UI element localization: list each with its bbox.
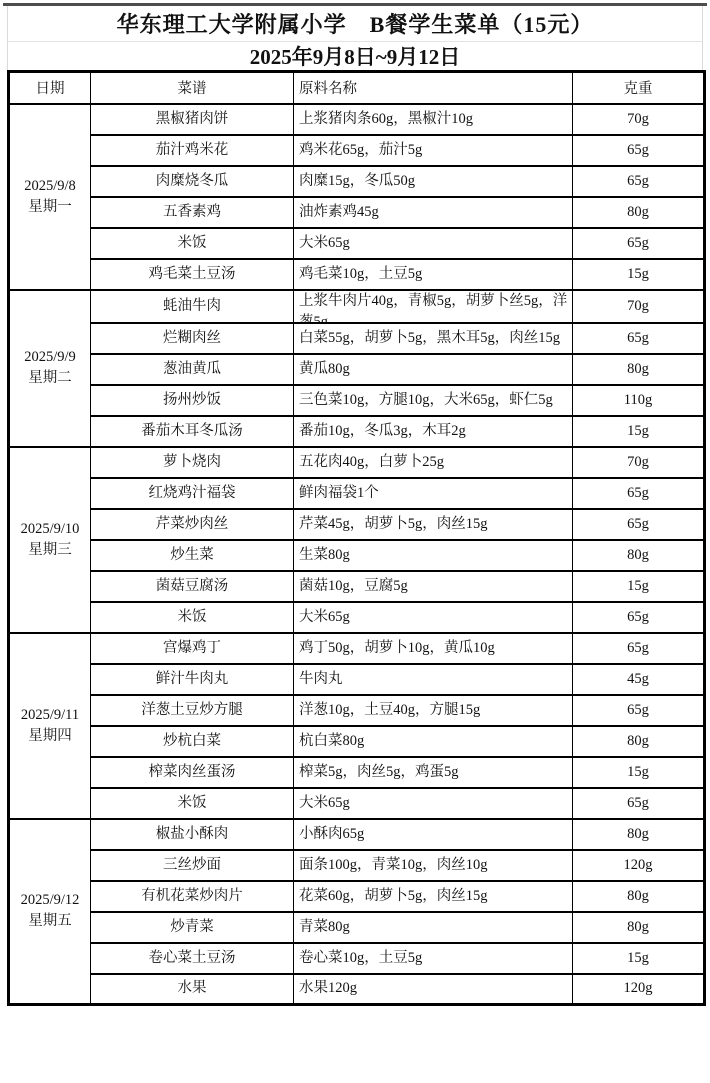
dish-cell-text: 茄汁鸡米花	[91, 140, 293, 161]
dish-cell: 米饭	[91, 788, 294, 819]
weight-cell-text: 80g	[573, 917, 703, 938]
weight-cell: 65g	[573, 633, 705, 664]
menu-row: 茄汁鸡米花鸡米花65g，茄汁5g65g	[9, 135, 705, 166]
menu-row: 五香素鸡油炸素鸡45g80g	[9, 197, 705, 228]
weekday-text: 星期五	[10, 911, 90, 932]
ingredients-cell-text: 大米65g	[299, 607, 570, 628]
ingredients-cell: 青菜80g	[294, 912, 573, 943]
weight-cell: 65g	[573, 323, 705, 354]
date-cell: 2025/9/12星期五	[9, 819, 91, 1005]
weight-cell-text: 65g	[573, 140, 703, 161]
dish-cell: 芹菜炒肉丝	[91, 509, 294, 540]
menu-row: 芹菜炒肉丝芹菜45g，胡萝卜5g，肉丝15g65g	[9, 509, 705, 540]
dish-cell: 水果	[91, 974, 294, 1005]
dish-cell: 扬州炒饭	[91, 385, 294, 416]
weight-cell: 120g	[573, 974, 705, 1005]
weight-cell-text: 120g	[573, 855, 703, 876]
menu-row: 红烧鸡汁福袋鲜肉福袋1个65g	[9, 478, 705, 509]
ingredients-cell: 上浆猪肉条60g，黑椒汁10g	[294, 104, 573, 135]
menu-row: 洋葱土豆炒方腿洋葱10g，土豆40g，方腿15g65g	[9, 695, 705, 726]
page-title: 华东理工大学附属小学 B餐学生菜单（15元）	[8, 6, 702, 42]
weight-cell-text: 65g	[573, 607, 703, 628]
date-cell: 2025/9/10星期三	[9, 447, 91, 633]
menu-row: 炒生菜生菜80g80g	[9, 540, 705, 571]
dish-cell: 蚝油牛肉	[91, 290, 294, 323]
weight-cell-text: 70g	[573, 296, 703, 317]
dish-cell: 鲜汁牛肉丸	[91, 664, 294, 695]
ingredients-cell-text: 芹菜45g，胡萝卜5g，肉丝15g	[299, 514, 570, 535]
weight-cell: 15g	[573, 259, 705, 290]
dish-cell: 米饭	[91, 602, 294, 633]
weight-cell-text: 45g	[573, 669, 703, 690]
weight-cell-text: 80g	[573, 359, 703, 380]
weight-cell-text: 80g	[573, 824, 703, 845]
ingredients-cell-text: 鸡米花65g，茄汁5g	[299, 140, 570, 161]
dish-cell: 萝卜烧肉	[91, 447, 294, 478]
dish-cell: 葱油黄瓜	[91, 354, 294, 385]
dish-cell-text: 烂糊肉丝	[91, 328, 293, 349]
weight-cell-text: 80g	[573, 545, 703, 566]
weight-cell: 15g	[573, 416, 705, 447]
weight-cell-text: 65g	[573, 638, 703, 659]
dish-cell: 椒盐小酥肉	[91, 819, 294, 850]
ingredients-cell-text: 大米65g	[299, 793, 570, 814]
ingredients-cell-text: 三色菜10g，方腿10g，大米65g，虾仁5g	[299, 390, 570, 411]
weight-cell-text: 70g	[573, 452, 703, 473]
dish-cell-text: 水果	[91, 978, 293, 999]
weight-cell: 45g	[573, 664, 705, 695]
weight-cell: 80g	[573, 881, 705, 912]
weight-cell-text: 15g	[573, 948, 703, 969]
ingredients-cell-text: 菌菇10g，豆腐5g	[299, 576, 570, 597]
menu-table: 日期 菜谱 原料名称 克重 2025/9/8星期一黑椒猪肉饼上浆猪肉条60g，黑…	[7, 70, 706, 1006]
menu-row: 米饭大米65g65g	[9, 228, 705, 259]
menu-row: 2025/9/11星期四宫爆鸡丁鸡丁50g，胡萝卜10g，黄瓜10g65g	[9, 633, 705, 664]
dish-cell-text: 椒盐小酥肉	[91, 824, 293, 845]
weight-cell: 65g	[573, 166, 705, 197]
weekday-text: 星期三	[10, 540, 90, 561]
ingredients-cell-text: 生菜80g	[299, 545, 570, 566]
dish-cell: 菌菇豆腐汤	[91, 571, 294, 602]
dish-cell-text: 鸡毛菜土豆汤	[91, 264, 293, 285]
dish-cell: 肉糜烧冬瓜	[91, 166, 294, 197]
col-header-weight: 克重	[573, 72, 705, 104]
weight-cell-text: 65g	[573, 233, 703, 254]
dish-cell: 番茄木耳冬瓜汤	[91, 416, 294, 447]
ingredients-cell: 牛肉丸	[294, 664, 573, 695]
dish-cell: 五香素鸡	[91, 197, 294, 228]
dish-cell-text: 五香素鸡	[91, 202, 293, 223]
weekday-text: 星期一	[10, 197, 90, 218]
weight-cell-text: 15g	[573, 264, 703, 285]
ingredients-cell: 上浆牛肉片40g，青椒5g，胡萝卜丝5g，洋葱5g	[294, 290, 573, 323]
weight-cell: 70g	[573, 104, 705, 135]
weight-cell-text: 65g	[573, 514, 703, 535]
menu-row: 葱油黄瓜黄瓜80g80g	[9, 354, 705, 385]
date-cell: 2025/9/11星期四	[9, 633, 91, 819]
ingredients-cell-text: 鲜肉福袋1个	[299, 483, 570, 504]
dish-cell: 有机花菜炒肉片	[91, 881, 294, 912]
weight-cell-text: 65g	[573, 171, 703, 192]
ingredients-cell: 鸡米花65g，茄汁5g	[294, 135, 573, 166]
menu-row: 2025/9/8星期一黑椒猪肉饼上浆猪肉条60g，黑椒汁10g70g	[9, 104, 705, 135]
ingredients-cell-text: 番茄10g，冬瓜3g，木耳2g	[299, 421, 570, 442]
ingredients-cell: 油炸素鸡45g	[294, 197, 573, 228]
menu-row: 2025/9/12星期五椒盐小酥肉小酥肉65g80g	[9, 819, 705, 850]
weight-cell: 70g	[573, 290, 705, 323]
dish-cell: 炒杭白菜	[91, 726, 294, 757]
dish-cell-text: 蚝油牛肉	[91, 296, 293, 317]
dish-cell: 榨菜肉丝蛋汤	[91, 757, 294, 788]
date-cell: 2025/9/8星期一	[9, 104, 91, 290]
dish-cell: 卷心菜土豆汤	[91, 943, 294, 974]
ingredients-cell: 大米65g	[294, 228, 573, 259]
dish-cell-text: 炒杭白菜	[91, 731, 293, 752]
dish-cell-text: 卷心菜土豆汤	[91, 948, 293, 969]
weight-cell: 65g	[573, 602, 705, 633]
ingredients-cell-text: 肉糜15g，冬瓜50g	[299, 171, 570, 192]
weight-cell: 65g	[573, 695, 705, 726]
ingredients-cell: 白菜55g，胡萝卜5g，黑木耳5g，肉丝15g	[294, 323, 573, 354]
date-text: 2025/9/10	[10, 519, 90, 540]
ingredients-cell: 芹菜45g，胡萝卜5g，肉丝15g	[294, 509, 573, 540]
menu-row: 菌菇豆腐汤菌菇10g，豆腐5g15g	[9, 571, 705, 602]
dish-cell-text: 有机花菜炒肉片	[91, 886, 293, 907]
col-header-date: 日期	[9, 72, 91, 104]
dish-cell: 茄汁鸡米花	[91, 135, 294, 166]
dish-cell-text: 芹菜炒肉丝	[91, 514, 293, 535]
dish-cell: 炒青菜	[91, 912, 294, 943]
dish-cell-text: 米饭	[91, 607, 293, 628]
ingredients-cell-text: 鸡毛菜10g，土豆5g	[299, 264, 570, 285]
dish-cell-text: 米饭	[91, 233, 293, 254]
weight-cell-text: 65g	[573, 483, 703, 504]
menu-row: 肉糜烧冬瓜肉糜15g，冬瓜50g65g	[9, 166, 705, 197]
menu-row: 榨菜肉丝蛋汤榨菜5g，肉丝5g，鸡蛋5g15g	[9, 757, 705, 788]
weight-cell: 110g	[573, 385, 705, 416]
weight-cell-text: 120g	[573, 978, 703, 999]
weight-cell: 65g	[573, 788, 705, 819]
ingredients-cell-text: 五花肉40g，白萝卜25g	[299, 452, 570, 473]
dish-cell-text: 洋葱土豆炒方腿	[91, 700, 293, 721]
weight-cell-text: 15g	[573, 576, 703, 597]
ingredients-cell-text: 小酥肉65g	[299, 824, 570, 845]
weight-cell: 15g	[573, 757, 705, 788]
ingredients-cell-text: 杭白菜80g	[299, 731, 570, 752]
menu-row: 炒杭白菜杭白菜80g80g	[9, 726, 705, 757]
dish-cell-text: 肉糜烧冬瓜	[91, 171, 293, 192]
ingredients-cell: 面条100g，青菜10g，肉丝10g	[294, 850, 573, 881]
menu-row: 番茄木耳冬瓜汤番茄10g，冬瓜3g，木耳2g15g	[9, 416, 705, 447]
dish-cell: 洋葱土豆炒方腿	[91, 695, 294, 726]
ingredients-cell-text: 牛肉丸	[299, 669, 570, 690]
weight-cell-text: 110g	[573, 390, 703, 411]
ingredients-cell-text: 上浆猪肉条60g，黑椒汁10g	[299, 109, 570, 130]
dish-cell-text: 番茄木耳冬瓜汤	[91, 421, 293, 442]
ingredients-cell: 黄瓜80g	[294, 354, 573, 385]
dish-cell-text: 菌菇豆腐汤	[91, 576, 293, 597]
weekday-text: 星期四	[10, 726, 90, 747]
menu-row: 2025/9/9星期二蚝油牛肉上浆牛肉片40g，青椒5g，胡萝卜丝5g，洋葱5g…	[9, 290, 705, 323]
weight-cell: 80g	[573, 912, 705, 943]
weight-cell: 70g	[573, 447, 705, 478]
col-header-ingredients: 原料名称	[294, 72, 573, 104]
date-cell: 2025/9/9星期二	[9, 290, 91, 447]
weight-cell-text: 65g	[573, 793, 703, 814]
dish-cell-text: 扬州炒饭	[91, 390, 293, 411]
ingredients-cell: 洋葱10g，土豆40g，方腿15g	[294, 695, 573, 726]
ingredients-cell: 鲜肉福袋1个	[294, 478, 573, 509]
dish-cell-text: 葱油黄瓜	[91, 359, 293, 380]
date-range: 2025年9月8日~9月12日	[8, 42, 702, 70]
dish-cell-text: 炒青菜	[91, 917, 293, 938]
weight-cell-text: 65g	[573, 328, 703, 349]
menu-row: 鸡毛菜土豆汤鸡毛菜10g，土豆5g15g	[9, 259, 705, 290]
weight-cell-text: 70g	[573, 109, 703, 130]
menu-row: 鲜汁牛肉丸牛肉丸45g	[9, 664, 705, 695]
weight-cell-text: 80g	[573, 886, 703, 907]
title-block: 华东理工大学附属小学 B餐学生菜单（15元） 2025年9月8日~9月12日	[7, 6, 703, 70]
ingredients-cell: 大米65g	[294, 788, 573, 819]
dish-cell: 鸡毛菜土豆汤	[91, 259, 294, 290]
ingredients-cell: 花菜60g，胡萝卜5g，肉丝15g	[294, 881, 573, 912]
date-text: 2025/9/8	[10, 176, 90, 197]
menu-row: 烂糊肉丝白菜55g，胡萝卜5g，黑木耳5g，肉丝15g65g	[9, 323, 705, 354]
ingredients-cell-text: 大米65g	[299, 233, 570, 254]
ingredients-cell: 菌菇10g，豆腐5g	[294, 571, 573, 602]
ingredients-cell: 鸡丁50g，胡萝卜10g，黄瓜10g	[294, 633, 573, 664]
menu-row: 扬州炒饭三色菜10g，方腿10g，大米65g，虾仁5g110g	[9, 385, 705, 416]
ingredients-cell-text: 油炸素鸡45g	[299, 202, 570, 223]
weight-cell-text: 80g	[573, 731, 703, 752]
weight-cell: 80g	[573, 819, 705, 850]
weight-cell-text: 15g	[573, 421, 703, 442]
weight-cell: 120g	[573, 850, 705, 881]
weight-cell-text: 80g	[573, 202, 703, 223]
dish-cell: 米饭	[91, 228, 294, 259]
weight-cell: 65g	[573, 509, 705, 540]
ingredients-cell-text: 青菜80g	[299, 917, 570, 938]
ingredients-cell: 生菜80g	[294, 540, 573, 571]
date-text: 2025/9/11	[10, 705, 90, 726]
weight-cell: 65g	[573, 135, 705, 166]
menu-row: 水果水果120g120g	[9, 974, 705, 1005]
dish-cell: 炒生菜	[91, 540, 294, 571]
dish-cell: 烂糊肉丝	[91, 323, 294, 354]
ingredients-cell: 大米65g	[294, 602, 573, 633]
weight-cell-text: 65g	[573, 700, 703, 721]
dish-cell: 宫爆鸡丁	[91, 633, 294, 664]
dish-cell: 黑椒猪肉饼	[91, 104, 294, 135]
dish-cell-text: 榨菜肉丝蛋汤	[91, 762, 293, 783]
weight-cell: 80g	[573, 540, 705, 571]
ingredients-cell-text: 水果120g	[299, 978, 570, 999]
menu-row: 有机花菜炒肉片花菜60g，胡萝卜5g，肉丝15g80g	[9, 881, 705, 912]
ingredients-cell: 杭白菜80g	[294, 726, 573, 757]
weight-cell: 80g	[573, 726, 705, 757]
ingredients-cell-text: 白菜55g，胡萝卜5g，黑木耳5g，肉丝15g	[299, 328, 570, 349]
dish-cell-text: 红烧鸡汁福袋	[91, 483, 293, 504]
weight-cell: 65g	[573, 478, 705, 509]
ingredients-cell: 三色菜10g，方腿10g，大米65g，虾仁5g	[294, 385, 573, 416]
dish-cell-text: 米饭	[91, 793, 293, 814]
weight-cell-text: 15g	[573, 762, 703, 783]
ingredients-cell-text: 上浆牛肉片40g，青椒5g，胡萝卜丝5g，洋葱5g	[299, 291, 570, 322]
menu-row: 2025/9/10星期三萝卜烧肉五花肉40g，白萝卜25g70g	[9, 447, 705, 478]
dish-cell: 红烧鸡汁福袋	[91, 478, 294, 509]
menu-row: 三丝炒面面条100g，青菜10g，肉丝10g120g	[9, 850, 705, 881]
date-text: 2025/9/12	[10, 890, 90, 911]
ingredients-cell: 水果120g	[294, 974, 573, 1005]
ingredients-cell: 榨菜5g，肉丝5g，鸡蛋5g	[294, 757, 573, 788]
weight-cell: 80g	[573, 197, 705, 228]
dish-cell-text: 黑椒猪肉饼	[91, 109, 293, 130]
menu-row: 炒青菜青菜80g80g	[9, 912, 705, 943]
ingredients-cell-text: 卷心菜10g，土豆5g	[299, 948, 570, 969]
weight-cell: 65g	[573, 228, 705, 259]
column-header-row: 日期 菜谱 原料名称 克重	[9, 72, 705, 104]
dish-cell-text: 宫爆鸡丁	[91, 638, 293, 659]
dish-cell-text: 鲜汁牛肉丸	[91, 669, 293, 690]
weight-cell: 15g	[573, 943, 705, 974]
ingredients-cell-text: 面条100g，青菜10g，肉丝10g	[299, 855, 570, 876]
weight-cell: 15g	[573, 571, 705, 602]
col-header-dish: 菜谱	[91, 72, 294, 104]
ingredients-cell-text: 花菜60g，胡萝卜5g，肉丝15g	[299, 886, 570, 907]
weekday-text: 星期二	[10, 368, 90, 389]
ingredients-cell: 五花肉40g，白萝卜25g	[294, 447, 573, 478]
menu-row: 卷心菜土豆汤卷心菜10g，土豆5g15g	[9, 943, 705, 974]
menu-row: 米饭大米65g65g	[9, 788, 705, 819]
dish-cell: 三丝炒面	[91, 850, 294, 881]
ingredients-cell: 卷心菜10g，土豆5g	[294, 943, 573, 974]
weight-cell: 80g	[573, 354, 705, 385]
ingredients-cell: 番茄10g，冬瓜3g，木耳2g	[294, 416, 573, 447]
ingredients-cell: 小酥肉65g	[294, 819, 573, 850]
menu-row: 米饭大米65g65g	[9, 602, 705, 633]
ingredients-cell-text: 鸡丁50g，胡萝卜10g，黄瓜10g	[299, 638, 570, 659]
dish-cell-text: 炒生菜	[91, 545, 293, 566]
ingredients-cell: 肉糜15g，冬瓜50g	[294, 166, 573, 197]
ingredients-cell-text: 洋葱10g，土豆40g，方腿15g	[299, 700, 570, 721]
dish-cell-text: 三丝炒面	[91, 855, 293, 876]
date-text: 2025/9/9	[10, 347, 90, 368]
ingredients-cell: 鸡毛菜10g，土豆5g	[294, 259, 573, 290]
menu-sheet: 华东理工大学附属小学 B餐学生菜单（15元） 2025年9月8日~9月12日 日…	[0, 0, 710, 1083]
ingredients-cell-text: 榨菜5g，肉丝5g，鸡蛋5g	[299, 762, 570, 783]
ingredients-cell-text: 黄瓜80g	[299, 359, 570, 380]
dish-cell-text: 萝卜烧肉	[91, 452, 293, 473]
